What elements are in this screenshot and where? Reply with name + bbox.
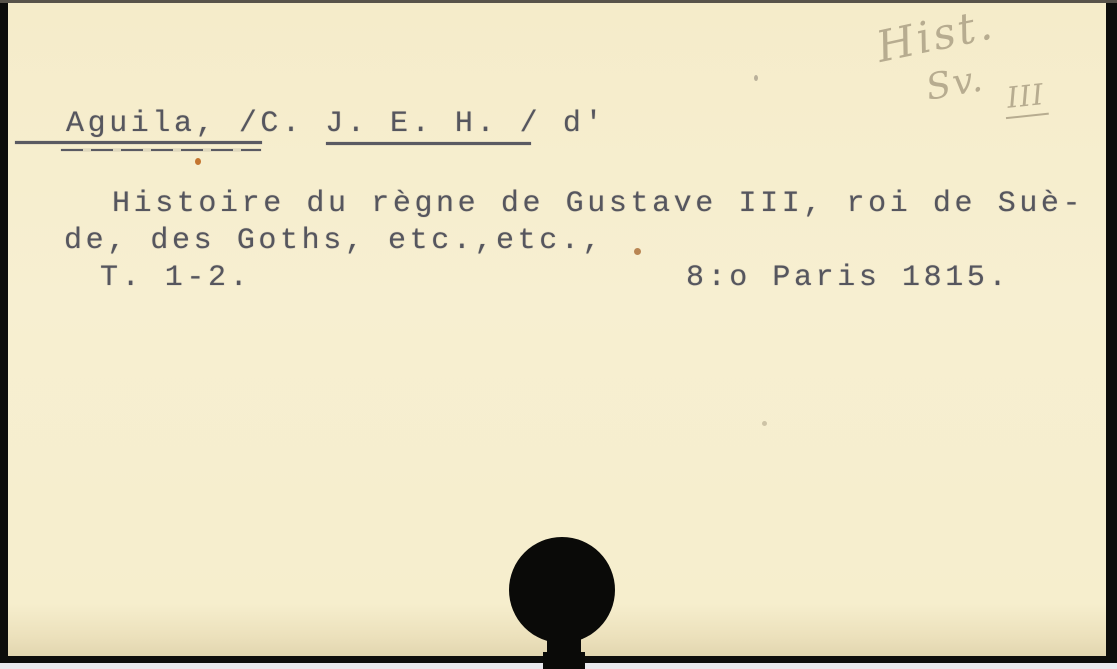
scan-top-edge (0, 0, 1117, 3)
heading-underline-double (61, 149, 261, 151)
author-heading: Aguila, /C. J. E. H. / d' (66, 109, 606, 139)
title-line-1: Histoire du règne de Gustave III, roi de… (112, 189, 1084, 219)
volume-statement: T. 1-2. (100, 263, 251, 293)
ink-speck (634, 248, 641, 255)
handwritten-classification-sv: Sv. (923, 58, 987, 108)
pencil-speck (762, 421, 767, 426)
handwritten-roman-numeral: III (1002, 77, 1049, 119)
scanned-catalog-card: Hist. Sv. III Aguila, /C. J. E. H. / d' … (0, 0, 1117, 669)
imprint-statement: 8:o Paris 1815. (686, 263, 1010, 293)
rod-hole-slot-flare (543, 652, 585, 669)
title-line-2: de, des Goths, etc.,etc., (64, 226, 604, 256)
heading-underline-left (15, 141, 262, 144)
pencil-speck (754, 75, 758, 81)
heading-underline-right (326, 142, 531, 145)
ink-speck (195, 158, 201, 165)
